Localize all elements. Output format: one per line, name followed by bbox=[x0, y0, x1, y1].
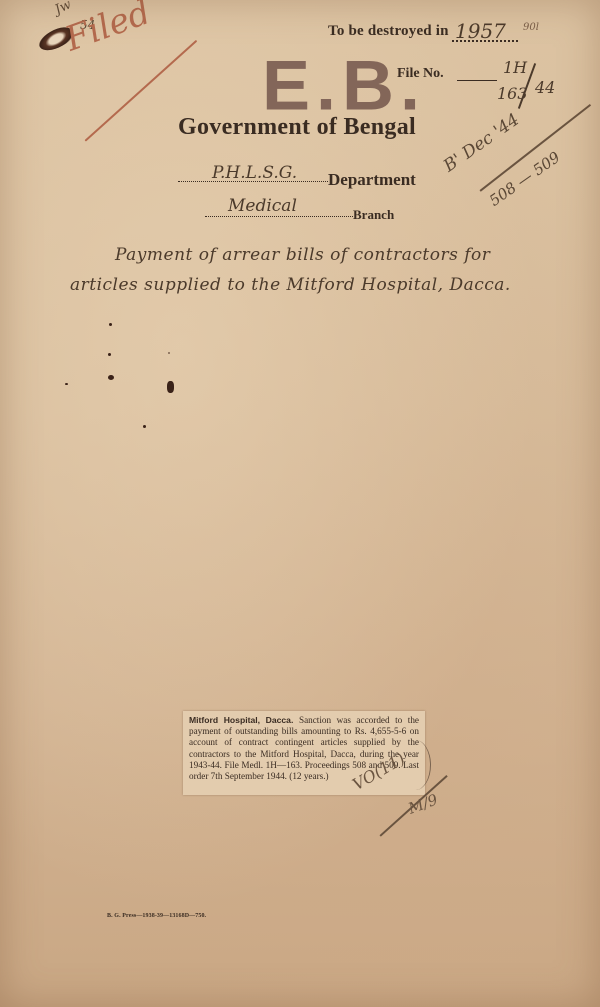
destroy-year: 1957 bbox=[455, 19, 506, 43]
file-no-numerator: 1H bbox=[503, 58, 527, 77]
subject-line-2: articles supplied to the Mitford Hospita… bbox=[70, 275, 511, 295]
ink-spot bbox=[108, 353, 111, 356]
destroy-annotation: 90l bbox=[523, 22, 539, 33]
clipping-lead: Mitford Hospital, Dacca. bbox=[189, 715, 299, 725]
department-label: Department bbox=[328, 170, 416, 190]
file-no-label: File No. bbox=[397, 66, 444, 82]
ink-spot bbox=[108, 375, 114, 380]
branch-line bbox=[205, 216, 353, 217]
file-no-line bbox=[457, 80, 497, 81]
paper-edge-shadow bbox=[0, 0, 600, 1007]
department-value: P.H.L.S.G. bbox=[212, 163, 297, 183]
ink-spot bbox=[167, 381, 174, 393]
branch-label: Branch bbox=[353, 207, 394, 223]
page-title: Government of Bengal bbox=[178, 114, 416, 141]
ink-spot bbox=[109, 323, 112, 326]
press-imprint: B. G. Press—1938-39—13168D—750. bbox=[107, 913, 206, 919]
file-cover: Jw 54 Filed To be destroyed in 1957 90l … bbox=[0, 0, 600, 1007]
file-no-year: 44 bbox=[535, 78, 555, 97]
branch-value: Medical bbox=[228, 196, 297, 216]
top-left-note: Jw bbox=[53, 0, 74, 18]
ink-spot bbox=[168, 352, 170, 354]
filed-annotation: Filed bbox=[60, 0, 156, 60]
margin-note-proceedings: 508 — 509 bbox=[486, 148, 563, 210]
destroy-label: To be destroyed in bbox=[328, 23, 449, 40]
ink-spot bbox=[65, 383, 68, 385]
sanction-clipping: Mitford Hospital, Dacca. Sanction was ac… bbox=[183, 711, 425, 795]
subject-line-1: Payment of arrear bills of contractors f… bbox=[115, 245, 490, 265]
ink-spot bbox=[143, 425, 146, 428]
